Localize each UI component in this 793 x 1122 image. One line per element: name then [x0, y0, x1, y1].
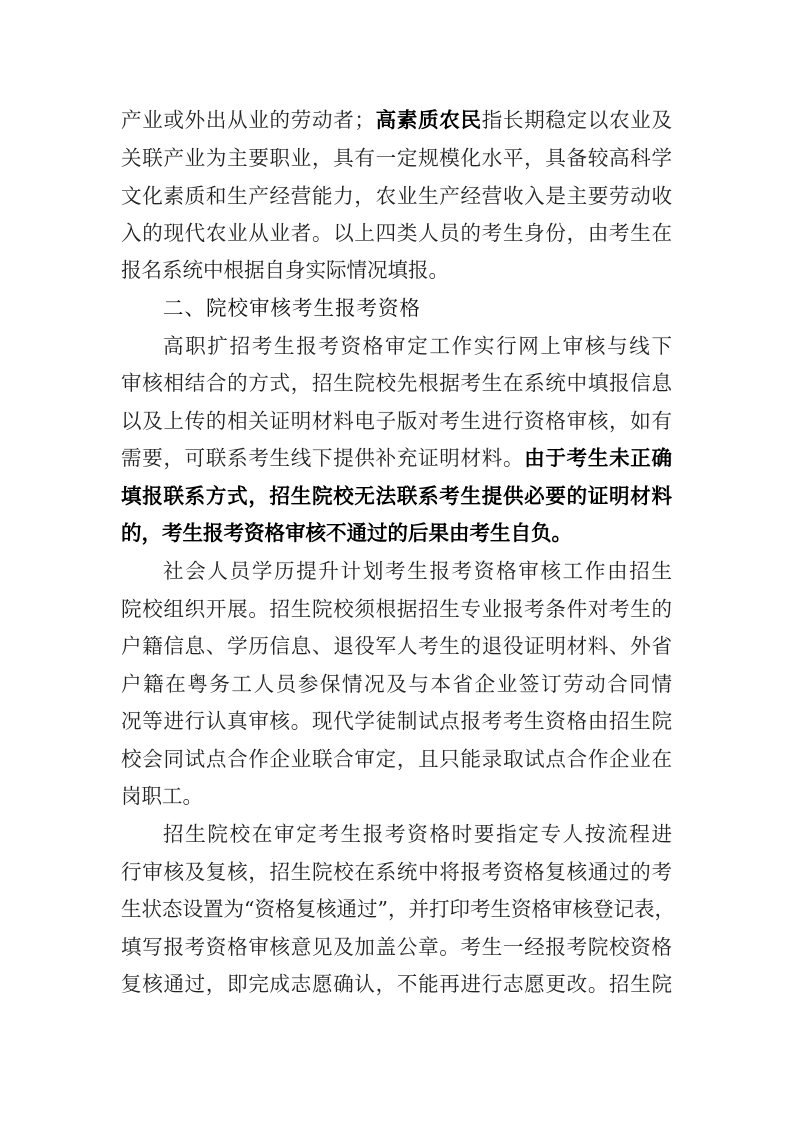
text-line: 岗职工。	[121, 781, 672, 811]
bold-text: 的，考生报考资格审核不通过的后果由考生自负。	[121, 521, 572, 545]
text-span: 院校组织开展。招生院校须根据招生专业报考条件对考生的	[121, 597, 672, 621]
text-line: 的，考生报考资格审核不通过的后果由考生自负。	[121, 518, 672, 548]
text-line: 需要，可联系考生线下提供补充证明材料。由于考生未正确	[121, 443, 672, 473]
text-line: 填报联系方式，招生院校无法联系考生提供必要的证明材料	[121, 481, 672, 511]
bold-text: 高素质农民	[375, 108, 482, 132]
text-span: 社会人员学历提升计划考生报考资格审核工作由招生	[163, 559, 672, 583]
text-line: 文化素质和生产经营能力，农业生产经营收入是主要劳动收	[121, 181, 672, 211]
text-line: 生状态设置为“资格复核通过”，并打印考生资格审核登记表，	[121, 894, 672, 924]
text-span: 关联产业为主要职业，具有一定规模化水平，具备较高科学	[121, 146, 672, 170]
text-line: 院校组织开展。招生院校须根据招生专业报考条件对考生的	[121, 594, 672, 624]
text-line: 以及上传的相关证明材料电子版对考生进行资格审核，如有	[121, 406, 672, 436]
text-span: 报名系统中根据自身实际情况填报。	[121, 258, 449, 282]
text-span: 行审核及复核，招生院校在系统中将报考资格复核通过的考	[121, 860, 672, 884]
text-span: 文化素质和生产经营能力，农业生产经营收入是主要劳动收	[121, 184, 672, 208]
text-span: 入的现代农业从业者。以上四类人员的考生身份，由考生在	[121, 221, 672, 245]
text-line: 审核相结合的方式，招生院校先根据考生在系统中填报信息	[121, 368, 672, 398]
text-line: 报名系统中根据自身实际情况填报。	[121, 255, 672, 285]
text-line: 社会人员学历提升计划考生报考资格审核工作由招生	[163, 556, 672, 586]
text-span: 二、院校审核考生报考资格	[163, 296, 421, 320]
text-line: 产业或外出从业的劳动者；高素质农民指长期稳定以农业及	[121, 105, 672, 135]
text-span: 以及上传的相关证明材料电子版对考生进行资格审核，如有	[121, 409, 672, 433]
text-line: 户籍在粤务工人员参保情况及与本省企业签订劳动合同情	[121, 669, 672, 699]
text-span: 生状态设置为“资格复核通过”，并打印考生资格审核登记表，	[121, 897, 675, 921]
text-span: 审核相结合的方式，招生院校先根据考生在系统中填报信息	[121, 371, 672, 395]
text-span: 产业或外出从业的劳动者；	[121, 108, 375, 132]
text-span: 需要，可联系考生线下提供补充证明材料。	[121, 446, 524, 470]
text-span: 岗职工。	[121, 784, 203, 808]
bold-text: 由于考生未正确	[524, 446, 672, 470]
text-line: 校会同试点合作企业联合审定，且只能录取试点合作企业在	[121, 744, 672, 774]
text-line: 行审核及复核，招生院校在系统中将报考资格复核通过的考	[121, 857, 672, 887]
text-line: 招生院校在审定考生报考资格时要指定专人按流程进	[163, 819, 672, 849]
text-span: 户籍在粤务工人员参保情况及与本省企业签订劳动合同情	[121, 672, 672, 696]
text-line: 户籍信息、学历信息、退役军人考生的退役证明材料、外省	[121, 631, 672, 661]
text-line: 复核通过，即完成志愿确认，不能再进行志愿更改。招生院	[121, 969, 672, 999]
text-span: 招生院校在审定考生报考资格时要指定专人按流程进	[163, 822, 672, 846]
bold-text: 填报联系方式，招生院校无法联系考生提供必要的证明材料	[121, 484, 672, 508]
text-span: 高职扩招考生报考资格审定工作实行网上审核与线下	[163, 334, 672, 358]
text-line: 填写报考资格审核意见及加盖公章。考生一经报考院校资格	[121, 932, 672, 962]
text-line: 况等进行认真审核。现代学徒制试点报考考生资格由招生院	[121, 706, 672, 736]
text-span: 填写报考资格审核意见及加盖公章。考生一经报考院校资格	[121, 935, 672, 959]
text-span: 复核通过，即完成志愿确认，不能再进行志愿更改。招生院	[121, 972, 672, 996]
text-line: 入的现代农业从业者。以上四类人员的考生身份，由考生在	[121, 218, 672, 248]
text-line: 高职扩招考生报考资格审定工作实行网上审核与线下	[163, 331, 672, 361]
text-span: 况等进行认真审核。现代学徒制试点报考考生资格由招生院	[121, 709, 672, 733]
text-line: 关联产业为主要职业，具有一定规模化水平，具备较高科学	[121, 143, 672, 173]
text-span: 指长期稳定以农业及	[482, 108, 672, 132]
section-heading: 二、院校审核考生报考资格	[163, 293, 672, 323]
text-span: 校会同试点合作企业联合审定，且只能录取试点合作企业在	[121, 747, 672, 771]
document-page: 产业或外出从业的劳动者；高素质农民指长期稳定以农业及关联产业为主要职业，具有一定…	[0, 0, 793, 1122]
text-span: 户籍信息、学历信息、退役军人考生的退役证明材料、外省	[121, 634, 672, 658]
